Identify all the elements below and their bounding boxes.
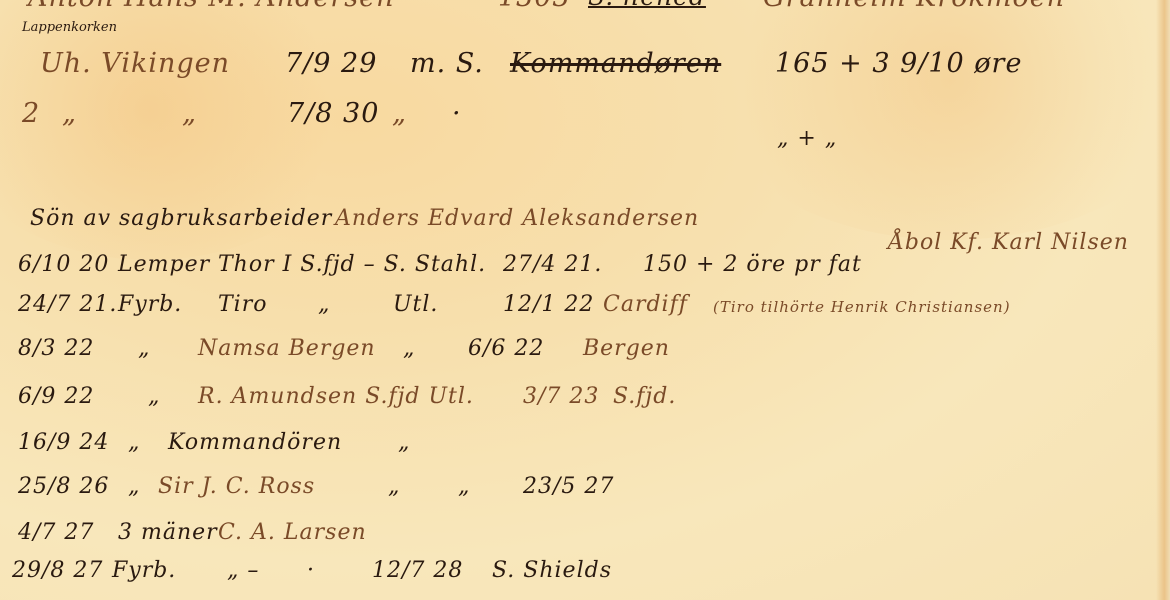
entry-ship: C. A. Larsen — [218, 520, 367, 545]
ditto-mark: „ — [403, 336, 415, 361]
annotation: Lappenkorken — [22, 20, 117, 35]
entry-end-date: 27/4 21. — [503, 252, 602, 277]
entry-ship: Thor I S.fjd – S. Stahl. — [218, 252, 486, 277]
role-text: m. S. — [410, 48, 484, 79]
dot-mark: · — [452, 98, 462, 129]
entry-note: Cardiff — [603, 292, 688, 317]
entry-role: „ — [138, 336, 150, 361]
ditto-mark: „ — [388, 474, 400, 499]
pay-ditto: „ + „ — [777, 126, 837, 151]
entry-date: 25/8 26 — [18, 474, 109, 499]
entry-extra: Åbol Kf. Karl Nilsen — [888, 230, 1129, 255]
entry-role: 3 mäner — [118, 520, 218, 545]
intro-label: Sön av sagbruksarbeider — [30, 206, 332, 231]
ditto-mark: „ — [62, 98, 77, 129]
place-text: Granheim Krokmoen – — [763, 0, 1089, 13]
entry-note: Bergen — [583, 336, 670, 361]
signon-date: 7/9 29 — [285, 48, 377, 79]
entry-extra: (Tiro tilhörte Henrik Christiansen) — [713, 298, 1011, 316]
entry-end-date: 12/7 28 — [372, 558, 463, 583]
entry-place: Utl. — [393, 292, 438, 317]
entry-end-date: 23/5 27 — [523, 474, 614, 499]
paper-stain — [700, 0, 1170, 240]
ditto-mark: „ — [458, 474, 470, 499]
entry-date: 8/3 22 — [18, 336, 94, 361]
entry-role: „ — [148, 384, 160, 409]
entry-role: Lemper — [118, 252, 210, 277]
entry-role: Fyrb. — [118, 292, 182, 317]
ship-name: Uh. Vikingen — [40, 48, 230, 79]
page-edge — [1156, 0, 1170, 600]
entry-role: „ — [128, 430, 140, 455]
ditto-mark: „ – — [227, 558, 259, 583]
entry-note: S.fjd. — [613, 384, 676, 409]
entry-ship: Sir J. C. Ross — [158, 474, 315, 499]
entry-date: 24/7 21. — [18, 292, 117, 317]
entry-date: 4/7 27 — [18, 520, 94, 545]
entry-ship: R. Amundsen S.fjd Utl. — [198, 384, 474, 409]
dot-mark: · — [307, 558, 315, 583]
father-name: Anders Edvard Aleksandersen — [335, 206, 699, 231]
signon-date: 7/8 30 — [287, 98, 379, 129]
entry-end-date: 12/1 22 — [503, 292, 594, 317]
status-text: S. hened — [588, 0, 706, 11]
count-text: 2 — [22, 98, 40, 129]
ditto-mark: „ — [392, 98, 407, 129]
entry-note: S. Shields — [492, 558, 612, 583]
pay-text: 165 + 3 9/10 øre — [775, 48, 1022, 79]
entry-date: 16/9 24 — [18, 430, 109, 455]
ditto-mark: „ — [182, 98, 197, 129]
entry-role: Fyrb. — [112, 558, 176, 583]
entry-ship: Tiro — [218, 292, 267, 317]
ditto-mark: „ — [398, 430, 410, 455]
struck-text: Kommandøren — [510, 48, 721, 79]
ditto-mark: „ — [318, 292, 330, 317]
register-number: 1303 — [498, 0, 571, 13]
person-name: Anton Hans M. Andersen — [28, 0, 395, 13]
entry-end-date: 6/6 22 — [468, 336, 544, 361]
entry-ship: Kommandören — [168, 430, 342, 455]
entry-role: „ — [128, 474, 140, 499]
entry-date: 6/9 22 — [18, 384, 94, 409]
entry-date: 29/8 27 — [12, 558, 103, 583]
entry-date: 6/10 20 — [18, 252, 109, 277]
entry-end-date: 3/7 23 — [523, 384, 599, 409]
entry-ship: Namsa Bergen — [198, 336, 376, 361]
entry-note: 150 + 2 öre pr fat — [643, 252, 862, 277]
